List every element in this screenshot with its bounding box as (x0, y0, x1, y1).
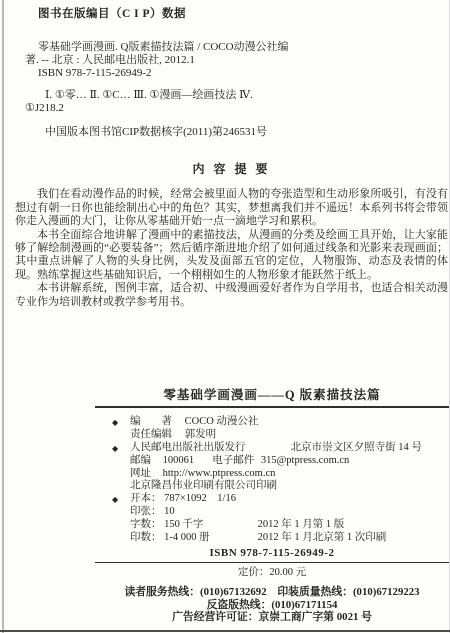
print-run-cell: 印数： 1-4 000 册 (130, 532, 255, 545)
responsible-editor-row: 责任编辑 郭发明 (95, 429, 449, 442)
ad-license: 广告经营许可证：京崇工商广字第 0021 号 (95, 612, 449, 623)
format-value: 787×1092 1/16 (164, 493, 236, 504)
word-count-value: 150 千字 (164, 519, 203, 530)
responsible-editor-value: 郭发明 (185, 429, 217, 440)
responsible-editor-label: 责任编辑 (130, 429, 172, 440)
isbn-line: ISBN 978-7-115-26949-2 (95, 547, 449, 560)
publisher-address: 北京市崇文区夕照寺街 14 号 (291, 442, 422, 453)
word-count-label: 字数： (130, 519, 162, 530)
cip-classification: Ⅰ. ①零… Ⅱ. ①C… Ⅲ. ①漫画—绘画技法 Ⅳ. ①J218.2 (25, 89, 430, 115)
colophon-section: 零基础学画漫画——Q 版素描技法篇 ◆ 编 著 COCO 动漫公社 责任编辑 郭… (95, 389, 449, 623)
summary-paragraph-3: 本书讲解系统，图例丰富，适合初、中级漫画爱好者作为自学用书，也适合相关动漫专业作… (15, 282, 448, 309)
cip-section: 图书在版编目（C I P）数据 零基础学画漫画. Q版素描技法篇 / COCO动… (25, 8, 430, 139)
website-label: 网址 (130, 468, 160, 481)
sheets-label: 印张： (130, 506, 162, 517)
email-label: 电子邮件 (212, 455, 258, 468)
format-label: 开本： (130, 493, 162, 504)
scan-edge-left (2, 0, 4, 633)
scan-edge-bottom (0, 630, 450, 632)
website-row: 网址 http://www.ptpress.com.cn (95, 468, 449, 481)
divider-line-bottom (95, 562, 449, 564)
cip-classification-line2: ①J218.2 (25, 102, 430, 115)
publisher-name: 人民邮电出版社出版发行 (130, 442, 288, 455)
content-summary-section: 内 容 提 要 我们在看动漫作品的时候，经常会被里面人物的夸张造型和生动形象所吸… (15, 163, 448, 309)
editor-label: 编 著 (130, 416, 172, 427)
sheets-value: 10 (164, 506, 175, 517)
book-copyright-page: 图书在版编目（C I P）数据 零基础学画漫画. Q版素描技法篇 / COCO动… (0, 0, 450, 633)
website-value: http://www.ptpress.com.cn (163, 468, 276, 479)
editor-row: ◆ 编 著 COCO 动漫公社 (95, 416, 449, 429)
hotline-footer: 读者服务热线：(010)67132692 印装质量热线：(010)6712922… (95, 587, 449, 623)
colophon-rows: ◆ 编 著 COCO 动漫公社 责任编辑 郭发明 ◆ 人民邮电出版社出版发行 北… (95, 408, 449, 545)
book-title: 零基础学画漫画——Q 版素描技法篇 (95, 389, 449, 402)
sheets-row: 印张： 10 (95, 506, 449, 519)
editor-value: COCO 动漫公社 (185, 416, 259, 427)
word-count-cell: 字数： 150 千字 (130, 519, 255, 532)
edition-date: 2012 年 1 月第 1 版 (258, 519, 345, 530)
postcode-label: 邮编 (130, 455, 160, 468)
email-value: 315@ptpress.com.cn (261, 455, 349, 466)
cip-registry-number: 中国版本图书馆CIP数据核字(2011)第246531号 (45, 126, 430, 139)
summary-paragraph-2: 本书全面综合地讲解了漫画中的素描技法，从漫画的分类及绘画工具开始，让大家能够了解… (15, 229, 448, 283)
print-run-row: 印数： 1-4 000 册 2012 年 1 月北京第 1 次印刷 (95, 532, 449, 545)
cip-record-line2: 著. -- 北京 : 人民邮电出版社, 2012.1 (25, 54, 430, 67)
printing-date: 2012 年 1 月北京第 1 次印刷 (258, 532, 387, 543)
cip-record-isbn: ISBN 978-7-115-26949-2 (38, 67, 430, 80)
anti-piracy-hotline: 反盗版热线：(010)67171154 (95, 600, 449, 611)
price-line: 定价：20.00 元 (95, 567, 449, 580)
format-row: ◆ 开本： 787×1092 1/16 (95, 493, 449, 506)
cip-heading: 图书在版编目（C I P）数据 (38, 8, 430, 21)
cip-record-line1: 零基础学画漫画. Q版素描技法篇 / COCO动漫公社编 (38, 41, 430, 54)
print-run-label: 印数： (130, 532, 162, 543)
service-hotline: 读者服务热线：(010)67132692 印装质量热线：(010)6712922… (95, 587, 449, 598)
print-run-value: 1-4 000 册 (164, 532, 210, 543)
publisher-row: ◆ 人民邮电出版社出版发行 北京市崇文区夕照寺街 14 号 (95, 442, 449, 455)
printer-row: 北京隆昌伟业印刷有限公司印刷 (95, 480, 449, 493)
postcode-email-row: 邮编 100061 电子邮件 315@ptpress.com.cn (95, 455, 449, 468)
content-summary-heading: 内 容 提 要 (15, 163, 448, 176)
word-count-row: 字数： 150 千字 2012 年 1 月第 1 版 (95, 519, 449, 532)
postcode-value: 100061 (163, 455, 210, 468)
cip-classification-line1: Ⅰ. ①零… Ⅱ. ①C… Ⅲ. ①漫画—绘画技法 Ⅳ. (45, 89, 430, 102)
summary-paragraph-1: 我们在看动漫作品的时候，经常会被里面人物的夸张造型和生动形象所吸引，有没有想过有… (15, 188, 448, 228)
